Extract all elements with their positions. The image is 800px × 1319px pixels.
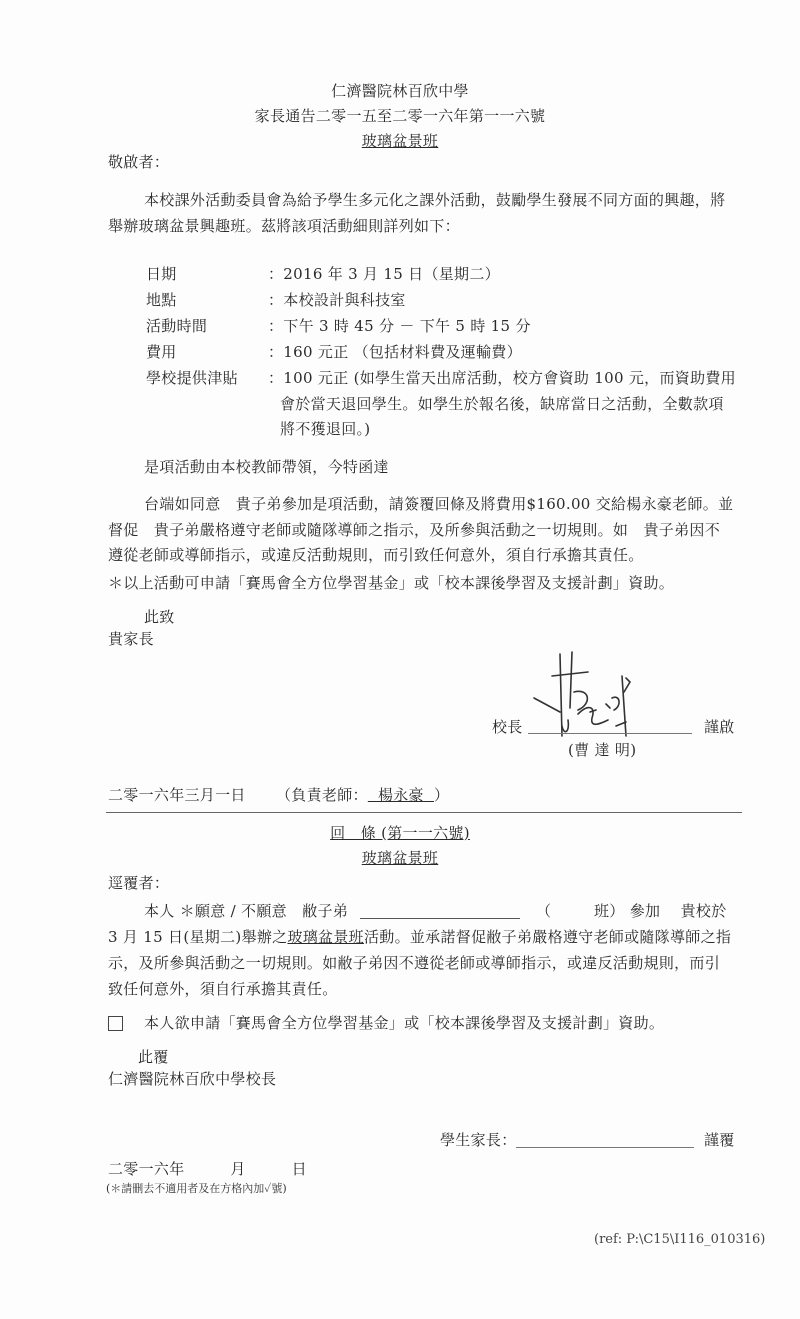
consent-line-3: 遵從老師或導師指示，或違反活動規則，而引致任何意外，須自行承擔其責任。 <box>108 546 644 564</box>
intro-line-1: 本校課外活動委員會為給予學生多元化之課外活動，鼓勵學生發展不同方面的興趣，將 <box>144 191 725 209</box>
principal-signature <box>530 648 670 738</box>
detail-value-subsidy-2: 會於當天退回學生。如學生於報名後，缺席當日之活動，全數款項 <box>280 395 724 413</box>
closing-cizhi: 此致 <box>144 608 175 626</box>
detail-value-subsidy: ：100 元正 (如學生當天出席活動，校方會資助 100 元，而資助費用 <box>268 369 736 387</box>
reply-title-wrap: 回 條 (第一一六號) <box>0 824 800 842</box>
reply-line-3: 示，及所參與活動之一切規則。如敝子弟因不遵從老師或導師指示，或違反活動規則，而引 <box>108 954 720 972</box>
notice-number: 家長通告二零一五至二零一六年第一一六號 <box>0 107 800 125</box>
apply-subsidy-checkbox[interactable] <box>108 1016 123 1031</box>
reply-line-2b: 活動。並承諾督促敝子弟嚴格遵守老師或隨隊導師之指 <box>364 928 731 946</box>
teacher-name: 楊永豪 <box>368 786 434 804</box>
reply-line-1a: 本人 ＊願意 / 不願意 敝子弟 <box>144 902 348 920</box>
reply-course-wrap: 玻璃盆景班 <box>0 849 800 867</box>
reply-cifu: 此覆 <box>138 1048 169 1066</box>
notice-date: 二零一六年三月一日 <box>108 786 246 804</box>
detail-value-venue: ：本校設計與科技室 <box>268 291 406 309</box>
reply-date: 二零一六年 月 日 <box>108 1160 307 1178</box>
reply-course-title: 玻璃盆景班 <box>362 849 439 867</box>
detail-value-fee: ：160 元正 （包括材料費及運輸費） <box>268 343 522 361</box>
closing-to: 貴家長 <box>108 630 154 648</box>
student-name-field[interactable] <box>360 918 520 919</box>
reply-line-4: 致任何意外，須自行承擔其責任。 <box>108 980 338 998</box>
detail-label-venue: 地點 <box>146 291 177 309</box>
consent-line-2: 督促 貴子弟嚴格遵守老師或隨隊導師之指示，及所參與活動之一切規則。如 貴子弟因不 <box>108 521 720 539</box>
detail-label-date: 日期 <box>146 265 177 283</box>
parent-suffix: 謹覆 <box>704 1131 735 1149</box>
teacher-suffix: ） <box>434 786 449 804</box>
reply-line-1b: （ <box>536 902 551 920</box>
signature-suffix: 謹啟 <box>704 718 735 736</box>
teacher-prefix: （負責老師： <box>276 786 368 804</box>
led-by-text: 是項活動由本校教師帶領，今特函達 <box>144 458 389 476</box>
reply-line-2a: 3 月 15 日(星期二)舉辦之 <box>108 928 287 946</box>
reply-line-1c: 班） 參加 貴校於 <box>594 902 727 920</box>
reply-line-2: 3 月 15 日(星期二)舉辦之玻璃盆景班活動。並承諾督促敝子弟嚴格遵守老師或隨… <box>108 928 731 946</box>
course-title: 玻璃盆景班 <box>362 132 439 150</box>
detail-value-subsidy-3: 將不獲退回。) <box>280 420 370 438</box>
parent-signature-field[interactable] <box>516 1147 694 1148</box>
detail-label-time: 活動時間 <box>146 317 207 335</box>
detail-label-subsidy: 學校提供津貼 <box>146 369 238 387</box>
principal-name: (曹 達 明) <box>568 741 636 759</box>
detail-value-date: ：2016 年 3 月 15 日（星期二） <box>268 265 500 283</box>
reply-line-2-course: 玻璃盆景班 <box>287 928 364 946</box>
subsidy-note: ＊以上活動可申請「賽馬會全方位學習基金」或「校本課後學習及支援計劃」資助。 <box>108 574 674 592</box>
apply-subsidy-label: 本人欲申請「賽馬會全方位學習基金」或「校本課後學習及支援計劃」資助。 <box>144 1014 664 1032</box>
school-name: 仁濟醫院林百欣中學 <box>0 82 800 100</box>
principal-title: 校長 <box>492 718 523 736</box>
course-title-wrap: 玻璃盆景班 <box>0 132 800 150</box>
parent-label: 學生家長： <box>440 1131 517 1149</box>
teacher-name-text: 楊永豪 <box>378 786 424 804</box>
intro-line-2: 舉辦玻璃盆景興趣班。茲將該項活動細則詳列如下： <box>108 217 460 235</box>
greeting: 敬啟者： <box>108 153 169 171</box>
detail-label-fee: 費用 <box>146 343 177 361</box>
signature-line <box>528 733 692 734</box>
tear-off-divider <box>106 812 742 813</box>
reply-to: 仁濟醫院林百欣中學校長 <box>108 1070 276 1088</box>
reply-instructions: (＊請刪去不適用者及在方格內加✓號) <box>106 1180 287 1196</box>
detail-value-time: ：下午 3 時 45 分 － 下午 5 時 15 分 <box>268 317 531 335</box>
teacher-info: （負責老師： 楊永豪 ） <box>276 786 449 804</box>
reference-path: (ref: P:\C15\I116_010316) <box>594 1232 765 1247</box>
reply-greeting: 逕覆者： <box>108 874 169 892</box>
consent-line-1: 台端如同意 貴子弟參加是項活動，請簽覆回條及將費用$160.00 交給楊永豪老師… <box>144 495 733 513</box>
reply-slip-title: 回 條 (第一一六號) <box>330 824 470 842</box>
